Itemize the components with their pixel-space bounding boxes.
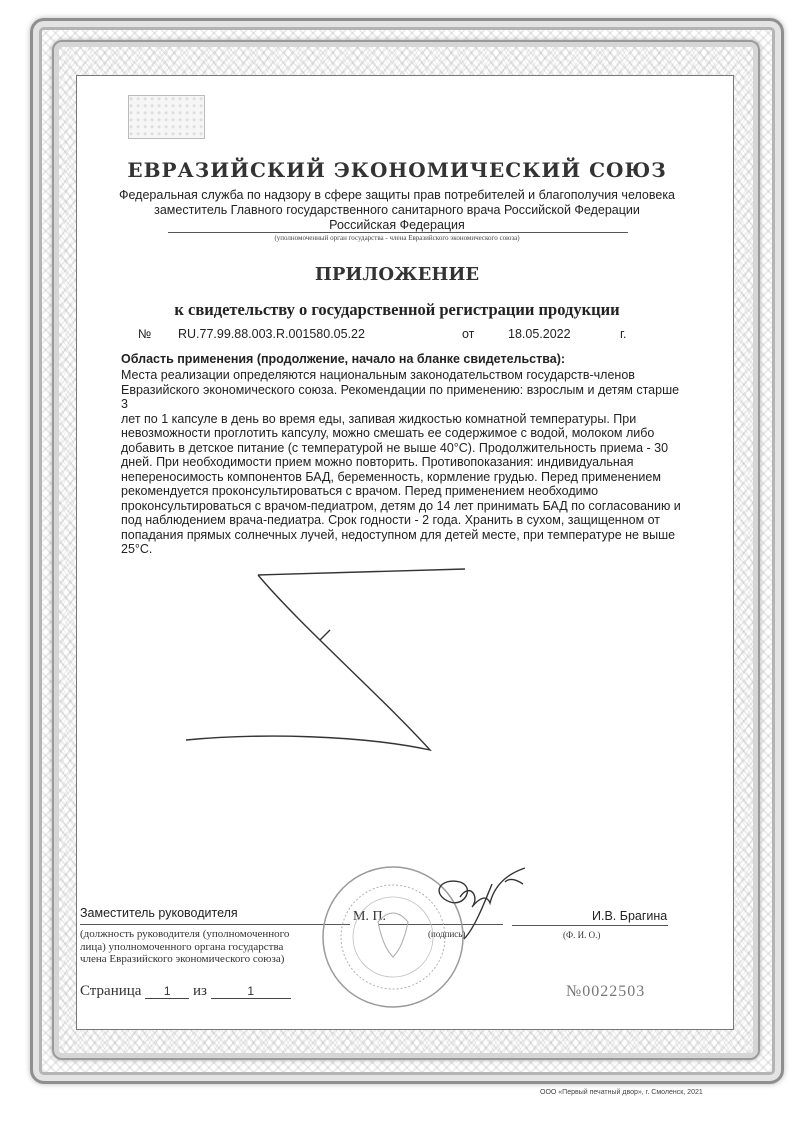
- body-line: лет по 1 капсуле в день во время еды, за…: [121, 412, 689, 427]
- z-strike-mark: [180, 565, 470, 755]
- authority-line-1: Федеральная служба по надзору в сфере за…: [0, 188, 794, 202]
- page-total: 1: [211, 984, 291, 999]
- authority-caption: (уполномоченный орган государства - член…: [0, 234, 794, 242]
- registration-number-label: №: [138, 327, 151, 341]
- body-line: проконсультироваться с врачом-педиатром,…: [121, 499, 689, 514]
- body-line: рекомендуется проконсультироваться с вра…: [121, 484, 689, 499]
- signatory-position: Заместитель руководителя: [80, 906, 238, 920]
- authority-country: Российская Федерация: [0, 218, 794, 232]
- page-current: 1: [145, 984, 189, 999]
- body-line: 25°С.: [121, 542, 689, 557]
- authority-line-2: заместитель Главного государственного са…: [0, 203, 794, 217]
- body-line: под наблюдением врача-педиатра. Срок год…: [121, 513, 689, 528]
- body-line: дней. При необходимости прием можно повт…: [121, 455, 689, 470]
- body-line: Евразийского экономического союза. Реком…: [121, 383, 689, 412]
- handwritten-signature: [420, 862, 540, 942]
- security-stamp-mark: [128, 95, 205, 139]
- page-label: Страница: [80, 983, 141, 999]
- union-title: ЕВРАЗИЙСКИЙ ЭКОНОМИЧЕСКИЙ СОЮЗ: [0, 158, 794, 182]
- registration-number: RU.77.99.88.003.R.001580.05.22: [178, 327, 365, 341]
- registration-date: 18.05.2022: [508, 327, 571, 341]
- printer-footer: ООО «Первый печатный двор», г. Смоленск,…: [540, 1089, 703, 1096]
- registration-year-suffix: г.: [620, 327, 627, 341]
- body-line: добавить в детское питание (с температур…: [121, 441, 689, 456]
- name-caption: (Ф. И. О.): [563, 929, 600, 942]
- body-line: невозможности проглотить капсулу, можно …: [121, 426, 689, 441]
- page-counter: Страница 1 из 1: [80, 983, 291, 1000]
- signatory-name: И.В. Брагина: [592, 909, 667, 923]
- authority-underline: [168, 232, 628, 233]
- position-line: [80, 924, 350, 925]
- appendix-subtitle: к свидетельству о государственной регист…: [0, 300, 794, 320]
- registration-date-label: от: [462, 327, 474, 341]
- body-line: Места реализации определяются национальн…: [121, 368, 689, 383]
- serial-number: №0022503: [566, 983, 645, 1001]
- appendix-title: ПРИЛОЖЕНИЕ: [0, 264, 794, 285]
- page-of-label: из: [193, 983, 207, 999]
- position-caption: (должность руководителя (уполномоченного…: [80, 928, 289, 966]
- application-scope-text: Места реализации определяются национальн…: [121, 368, 689, 557]
- body-line: непереносимость компонентов БАД, беремен…: [121, 470, 689, 485]
- body-line: попадания прямых солнечных лучей, недост…: [121, 528, 689, 543]
- section-heading: Область применения (продолжение, начало …: [121, 352, 565, 366]
